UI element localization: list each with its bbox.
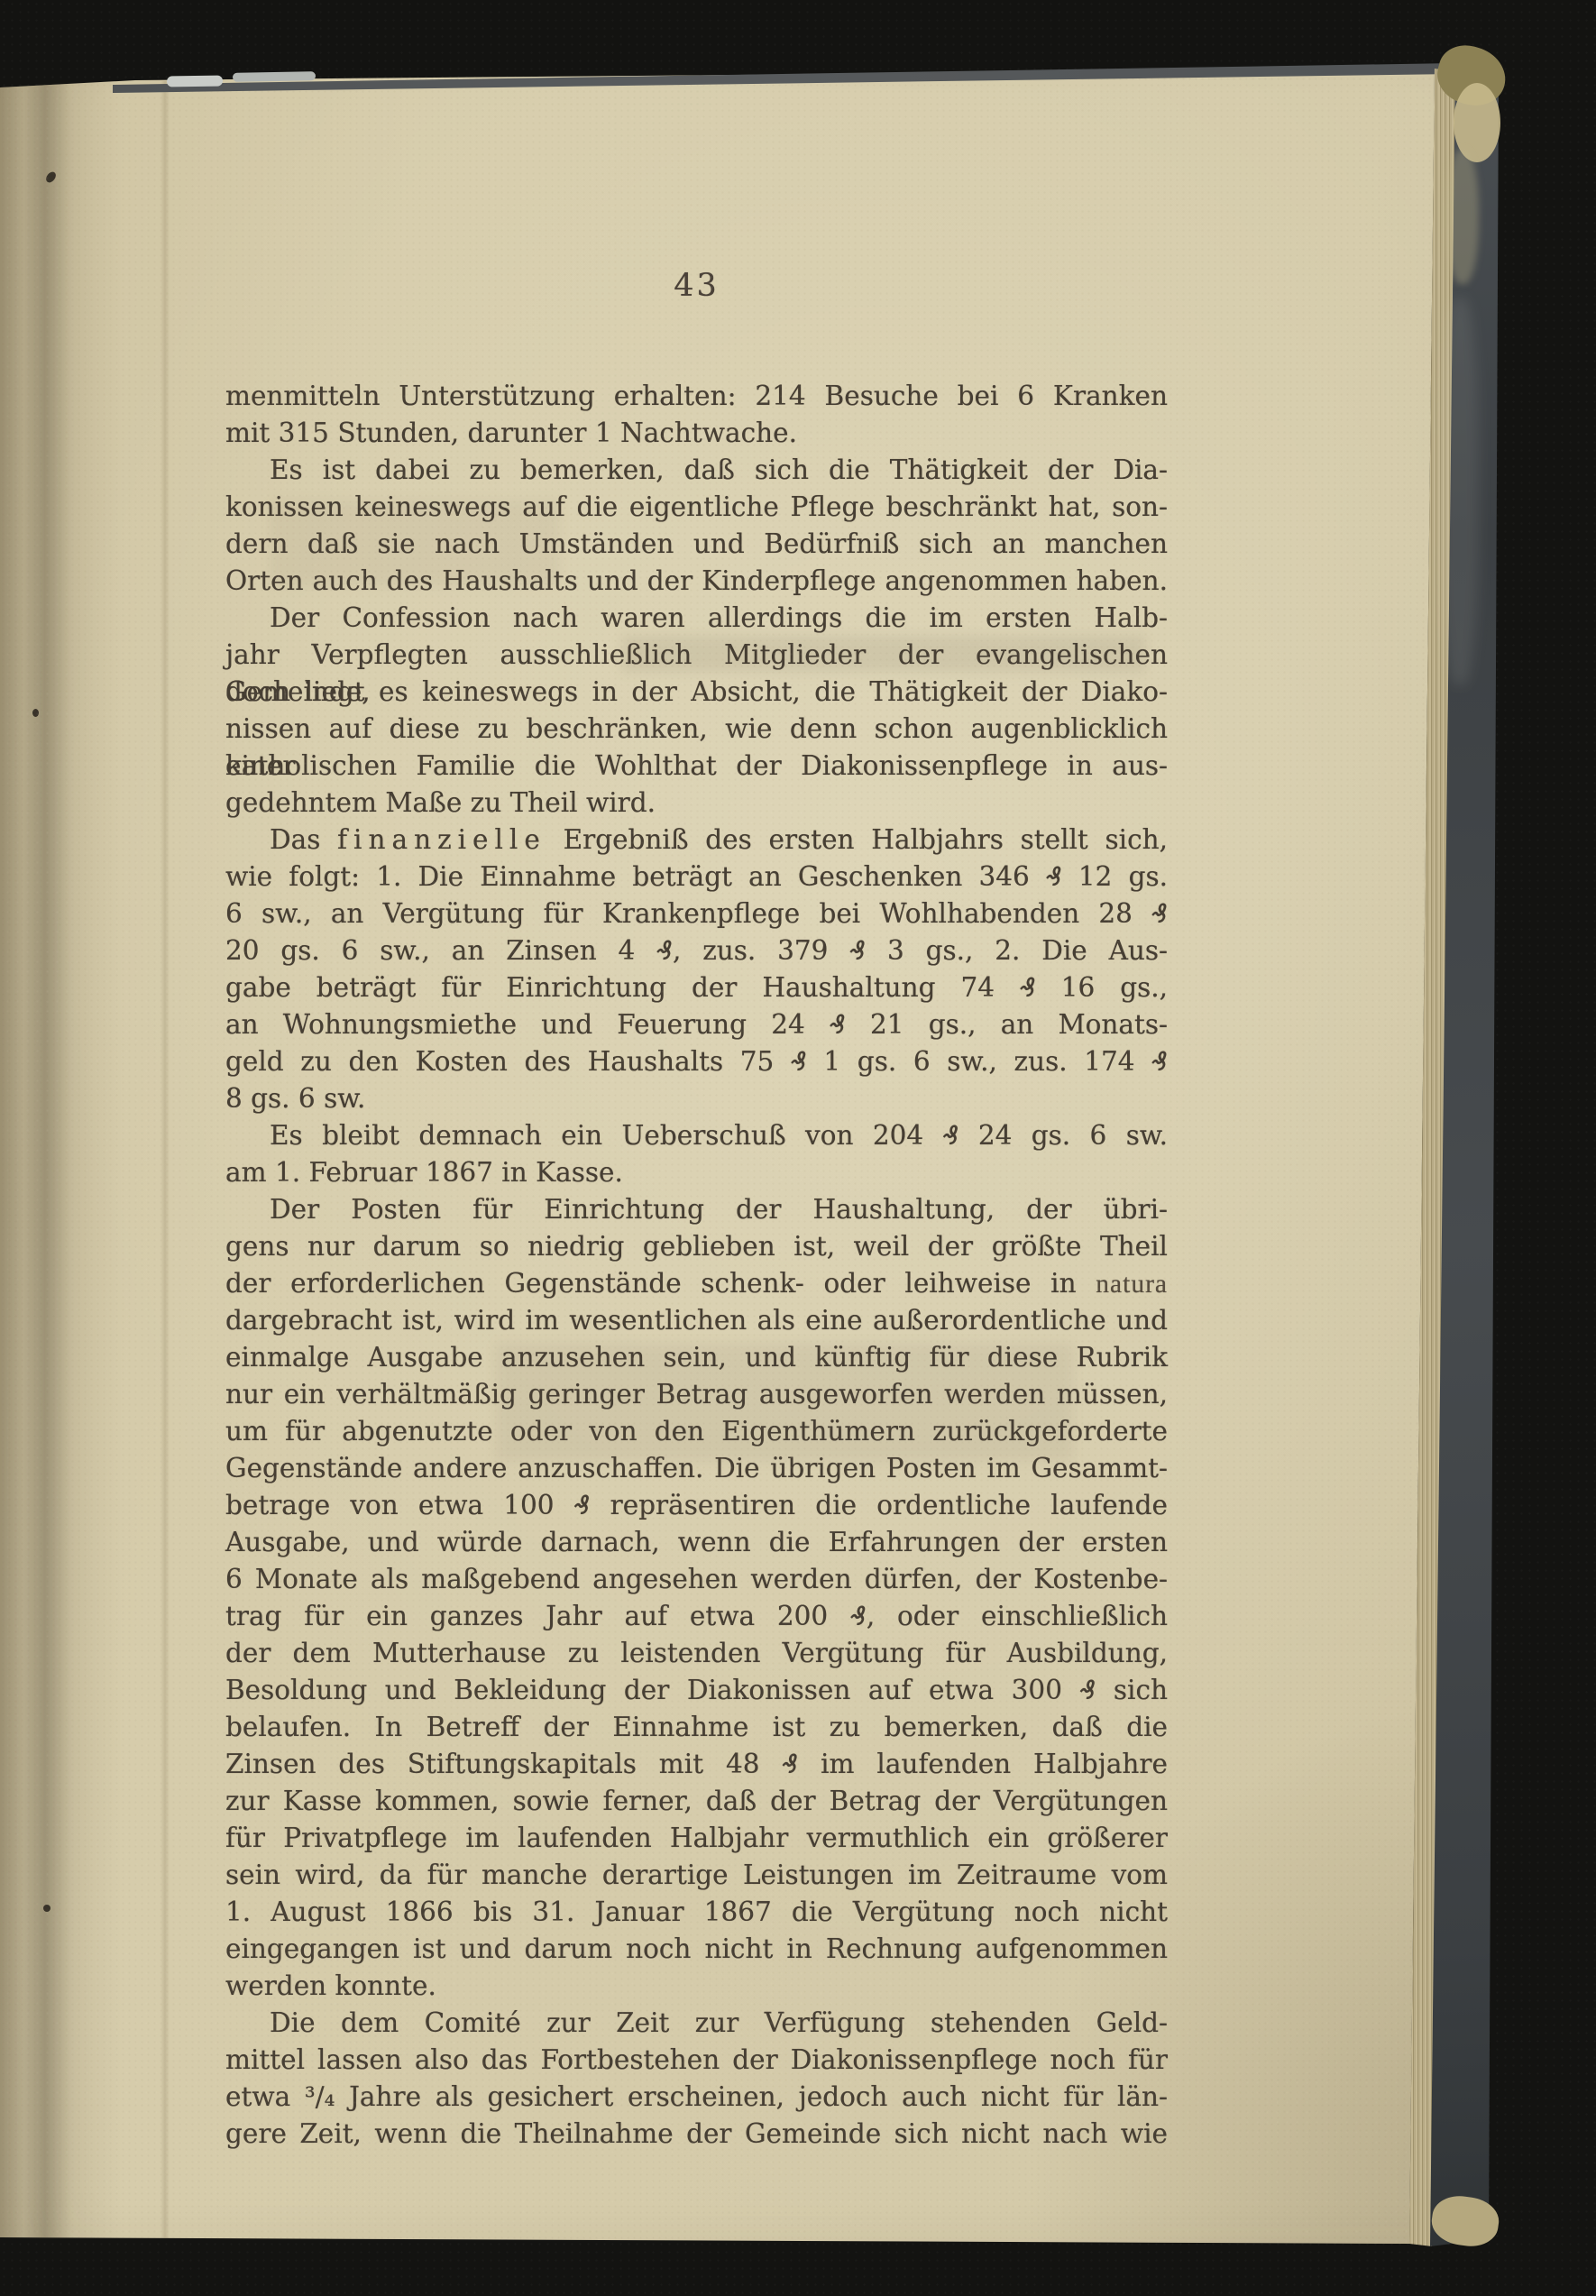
text-line: 1. August 1866 bis 31. Januar 1867 die V…	[225, 1894, 1168, 1931]
text-line: für Privatpflege im laufenden Halbjahr v…	[225, 1820, 1168, 1857]
text-line: zur Kasse kommen, sowie ferner, daß der …	[225, 1783, 1168, 1820]
ink-speck	[44, 170, 58, 185]
currency-symbol: ₰	[782, 1750, 798, 1779]
ink-speck	[32, 709, 39, 717]
text-line: gens nur darum so niedrig geblieben ist,…	[225, 1228, 1168, 1265]
text-line: der erforderlichen Gegenstände schenk- o…	[225, 1265, 1168, 1302]
text-line: katholischen Familie die Wohlthat der Di…	[225, 748, 1168, 785]
book-page: 43 menmitteln Unterstützung erhalten: 21…	[0, 0, 1596, 2296]
paper-crease	[161, 81, 170, 2241]
currency-symbol: ₰	[1080, 1676, 1096, 1705]
text-line: an Wohnungsmiethe und Feuerung 24 ₰ 21 g…	[225, 1006, 1168, 1043]
text-line: gedehntem Maße zu Theil wird.	[225, 785, 1168, 822]
currency-symbol: ₰	[850, 1602, 867, 1631]
text-line: jahr Verpflegten ausschließlich Mitglied…	[225, 637, 1168, 674]
text-line: belaufen. In Betreff der Einnahme ist zu…	[225, 1709, 1168, 1746]
text-line: dern daß sie nach Umständen und Bedürfni…	[225, 526, 1168, 563]
currency-symbol: ₰	[849, 936, 866, 966]
text-line: etwa ³/₄ Jahre als gesichert erscheinen,…	[225, 2079, 1168, 2116]
text-line: wie folgt: 1. Die Einnahme beträgt an Ge…	[225, 859, 1168, 895]
currency-symbol: ₰	[830, 1010, 846, 1040]
text-line: menmitteln Unterstützung erhalten: 214 B…	[225, 378, 1168, 415]
text-line: Es ist dabei zu bemerken, daß sich die T…	[225, 452, 1168, 489]
text-line: trag für ein ganzes Jahr auf etwa 200 ₰,…	[225, 1598, 1168, 1635]
text-line: mittel lassen also das Fortbestehen der …	[225, 2042, 1168, 2079]
text-line: betrage von etwa 100 ₰ repräsentiren die…	[225, 1487, 1168, 1524]
text-line: Die dem Comité zur Zeit zur Verfügung st…	[225, 2005, 1168, 2042]
currency-symbol: ₰	[943, 1121, 959, 1151]
currency-symbol: ₰	[1046, 862, 1062, 892]
text-line: Ausgabe, und würde darnach, wenn die Erf…	[225, 1524, 1168, 1561]
currency-symbol: ₰	[1151, 899, 1168, 929]
cover-edge-chip	[233, 71, 316, 82]
text-line: mit 315 Stunden, darunter 1 Nachtwache.	[225, 415, 1168, 452]
text-line: geld zu den Kosten des Haushalts 75 ₰ 1 …	[225, 1043, 1168, 1080]
text-line: der dem Mutterhause zu leistenden Vergüt…	[225, 1635, 1168, 1672]
text-line: eingegangen ist und darum noch nicht in …	[225, 1931, 1168, 1968]
text-line: einmalge Ausgabe anzusehen sein, und kün…	[225, 1339, 1168, 1376]
page-text: menmitteln Unterstützung erhalten: 214 B…	[225, 378, 1168, 2153]
cover-wear-streak	[1441, 298, 1479, 685]
text-line: Orten auch des Haushalts und der Kinderp…	[225, 563, 1168, 600]
text-line: Der Confession nach waren allerdings die…	[225, 600, 1168, 637]
currency-symbol: ₰	[574, 1491, 591, 1520]
antiqua-word: natura	[1096, 1270, 1168, 1299]
text-line: nissen auf diese zu beschränken, wie den…	[225, 711, 1168, 748]
text-line: Das finanzielle Ergebniß des ersten Halb…	[225, 822, 1168, 859]
text-line: doch liegt es keineswegs in der Absicht,…	[225, 674, 1168, 711]
ink-speck	[43, 1905, 50, 1912]
letterspaced-word: finanzielle	[337, 824, 546, 855]
currency-symbol: ₰	[656, 936, 673, 966]
cover-edge-chip	[167, 75, 223, 87]
text-line: Es bleibt demnach ein Ueberschuß von 204…	[225, 1117, 1168, 1154]
text-line: sein wird, da für manche derartige Leist…	[225, 1857, 1168, 1894]
text-line: Der Posten für Einrichtung der Haushaltu…	[225, 1191, 1168, 1228]
scanned-photo: { "page": { "number": "43", "currency_sy…	[0, 0, 1596, 2296]
text-line: dargebracht ist, wird im wesentlichen al…	[225, 1302, 1168, 1339]
currency-symbol: ₰	[1151, 1047, 1168, 1077]
text-line: gabe beträgt für Einrichtung der Haushal…	[225, 969, 1168, 1006]
text-line: konissen keineswegs auf die eigentliche …	[225, 489, 1168, 526]
page-number: 43	[225, 268, 1168, 304]
text-line: am 1. Februar 1867 in Kasse.	[225, 1154, 1168, 1191]
text-line: Besoldung und Bekleidung der Diakonissen…	[225, 1672, 1168, 1709]
text-line: werden konnte.	[225, 1968, 1168, 2005]
text-line: gere Zeit, wenn die Theilnahme der Gemei…	[225, 2116, 1168, 2153]
text-line: nur ein verhältmäßig geringer Betrag aus…	[225, 1376, 1168, 1413]
text-line: 8 gs. 6 sw.	[225, 1080, 1168, 1117]
currency-symbol: ₰	[1020, 973, 1036, 1003]
text-line: Zinsen des Stiftungskapitals mit 48 ₰ im…	[225, 1746, 1168, 1783]
text-line: um für abgenutzte oder von den Eigenthüm…	[225, 1413, 1168, 1450]
text-line: 6 sw., an Vergütung für Krankenpflege be…	[225, 895, 1168, 932]
currency-symbol: ₰	[791, 1047, 807, 1077]
text-line: 6 Monate als maßgebend angesehen werden …	[225, 1561, 1168, 1598]
text-line: 20 gs. 6 sw., an Zinsen 4 ₰, zus. 379 ₰ …	[225, 932, 1168, 969]
worn-corner-patch	[1446, 149, 1479, 284]
text-line: Gegenstände andere anzuschaffen. Die übr…	[225, 1450, 1168, 1487]
